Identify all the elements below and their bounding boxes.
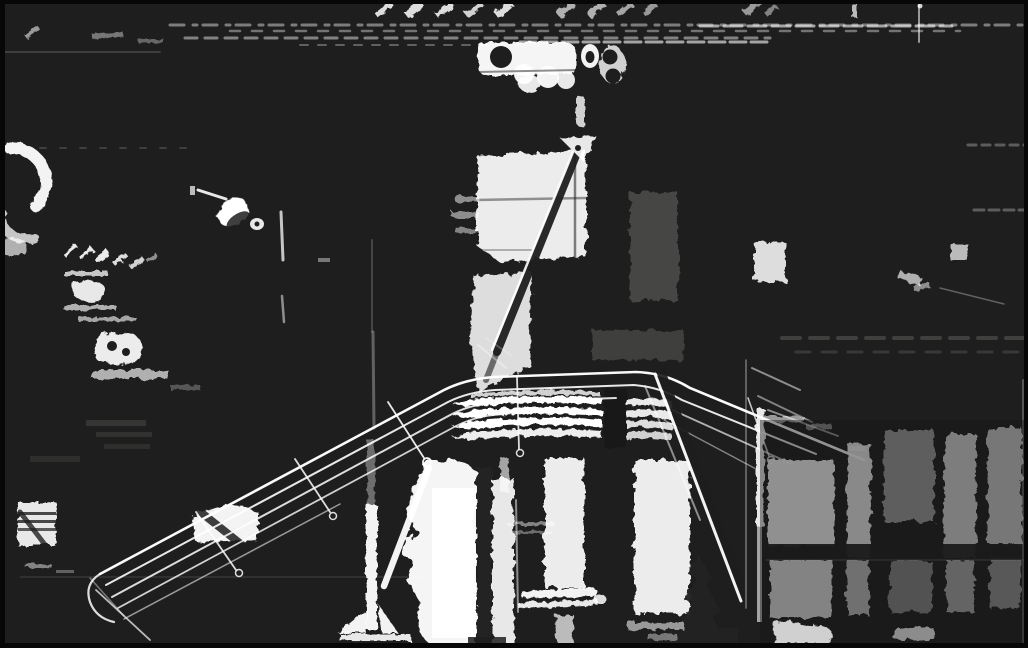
film-grain-overlay bbox=[0, 0, 1028, 648]
page: High-contrast black-and-white photograph… bbox=[0, 0, 1028, 651]
photo-atrium-stair: High-contrast black-and-white photograph… bbox=[0, 0, 1028, 651]
